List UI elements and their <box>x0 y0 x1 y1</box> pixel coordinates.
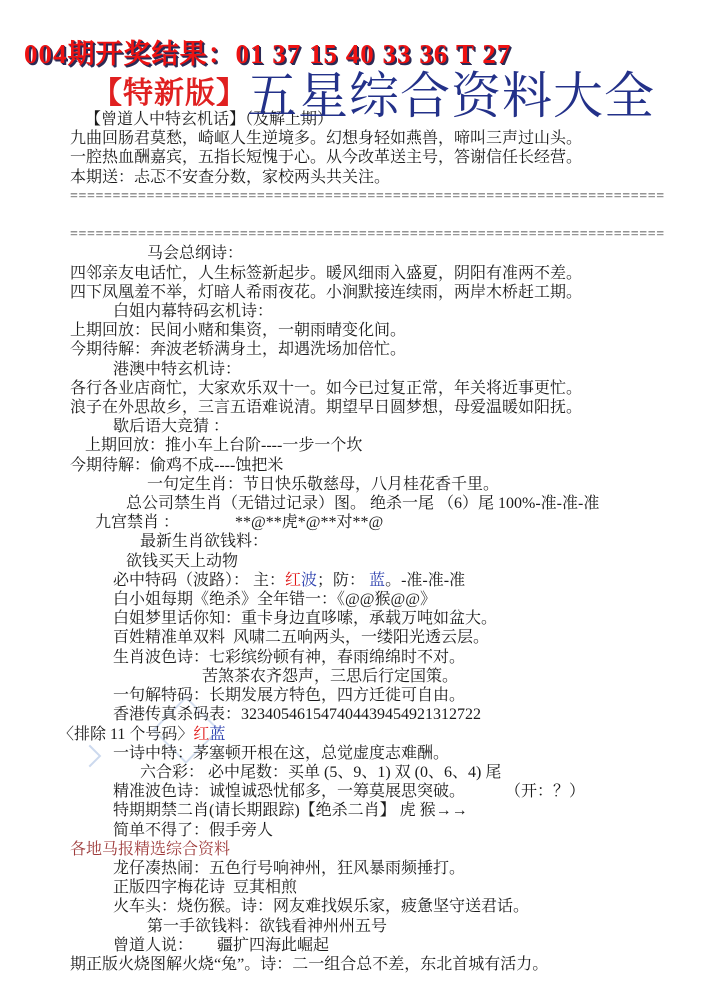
plain-text: 精准波色诗：诚惶诚恐忧郁多，一筹莫展思突破。 （开：？） <box>113 783 585 800</box>
text-line: 精准波色诗：诚惶诚恐忧郁多，一筹莫展思突破。 （开：？） <box>0 782 712 801</box>
plain-text: 本期送：忐忑不安查分数，家校两头共关注。 <box>70 169 390 186</box>
plain-text: 四下凤凰羞不举，灯暗人希雨夜花。小涧默接连续雨，两岸木桥赶工期。 <box>70 284 582 301</box>
plain-text: 〈排除 11 个号码〉 <box>58 726 193 743</box>
text-line: 歇后语大竞猜 ： <box>0 417 712 436</box>
text-line: 百姓精准单双料 风啸二五响两头，一缕阳光透云层。 <box>0 628 712 647</box>
text-line: 白小姐每期《绝杀》全年错一：《@@猴@@》 <box>0 590 712 609</box>
text-line: 浪子在外思故乡，三言五语难说清。期望早日圆梦想，母爱温暖如阳抚。 <box>0 398 712 417</box>
plain-text: 生肖波色诗：七彩缤纷顿有神，春雨绵绵时不对。 <box>113 649 465 666</box>
plain-text: ；防： <box>317 572 369 589</box>
text-line: 一诗中特：茅塞顿开根在这，总觉虚度志难酬。 <box>0 744 712 763</box>
text-line: 曾道人说： 疆扩四海此崛起 <box>0 936 712 955</box>
highlight-text: 波 <box>301 572 317 589</box>
plain-text: 港澳中特玄机诗： <box>113 361 241 378</box>
plain-text: 今期待解：偷鸡不成----蚀把米 <box>70 457 283 474</box>
highlight-text: 红 <box>285 572 301 589</box>
plain-text: 简单不得了：假手旁人 <box>113 822 273 839</box>
plain-text: 期正版火烧图解火烧“兔”。诗：二一组合总不差，东北首城有活力。 <box>70 956 548 973</box>
text-line: 最新生肖欲钱料： <box>0 532 712 551</box>
text-line: 各地马报精选综合资料 <box>0 840 712 859</box>
text-line: 一腔热血酬嘉宾，五指长短愧于心。从今改革送主号，答谢信任长经营。 <box>0 148 712 167</box>
draw-result-banner: 004期开奖结果：01 37 15 40 33 36 T 27 <box>24 32 511 71</box>
plain-text: 百姓精准单双料 风啸二五响两头，一缕阳光透云层。 <box>113 629 489 646</box>
plain-text: 九曲回肠君莫愁，崎岖人生逆境多。幻想身轻如燕兽，啼叫三声过山头。 <box>70 130 582 147</box>
text-line: 特期期禁二肖(请长期跟踪)【绝杀二肖】 虎 猴→→ <box>0 801 712 820</box>
plain-text: ========================================… <box>70 189 665 204</box>
plain-text: 一句定生肖：节日快乐敬慈母，八月桂花香千里。 <box>147 476 499 493</box>
plain-text: 曾道人说： 疆扩四海此崛起 <box>113 937 329 954</box>
text-line: 四下凤凰羞不举，灯暗人希雨夜花。小涧默接连续雨，两岸木桥赶工期。 <box>0 283 712 302</box>
text-line: 正版四字梅花诗 豆萁相煎 <box>0 878 712 897</box>
lottery-info-sheet: 004期开奖结果：01 37 15 40 33 36 T 27 【特新版】五星综… <box>0 0 712 1008</box>
plain-text: 白姐梦里话你知：重卡身边直哆嗦，承载万吨如盆大。 <box>113 610 497 627</box>
text-line: 第一手欲钱料：欲钱看神州州五号 <box>0 917 712 936</box>
plain-text: 一腔热血酬嘉宾，五指长短愧于心。从今改革送主号，答谢信任长经营。 <box>70 149 582 166</box>
plain-text: 欲钱买天上动物 <box>126 553 238 570</box>
plain-text: ========================================… <box>70 227 665 242</box>
text-line: 白姐内幕特码玄机诗： <box>0 302 712 321</box>
text-line: 白姐梦里话你知：重卡身边直哆嗦，承载万吨如盆大。 <box>0 609 712 628</box>
plain-text: 白姐内幕特码玄机诗： <box>113 303 273 320</box>
text-line: 今期待解：偷鸡不成----蚀把米 <box>0 456 712 475</box>
page-title: 五星综合资料大全 <box>247 68 655 124</box>
separator-line: ========================================… <box>0 225 712 244</box>
plain-text: 。-准-准-准 <box>385 572 465 589</box>
plain-text: 六合彩： 必中尾数：买单 (5、9、1) 双 (0、6、4) 尾 <box>140 764 501 781</box>
text-line: 必中特码（波路）： 主：红波；防： 蓝。-准-准-准 <box>0 571 712 590</box>
text-line: 今期待解：奔波老轿满身土，却遇洗场加倍忙。 <box>0 340 712 359</box>
plain-text: 苦煞茶农齐怨声，三思后行定国策。 <box>202 668 458 685</box>
text-line: 简单不得了：假手旁人 <box>0 821 712 840</box>
plain-text: 香港传真杀码表：323405461547404439454921312722 <box>113 706 481 723</box>
plain-text: 特期期禁二肖(请长期跟踪)【绝杀二肖】 虎 猴→→ <box>113 802 468 819</box>
plain-text: 白小姐每期《绝杀》全年错一：《@@猴@@》 <box>113 591 436 608</box>
text-line <box>0 206 712 225</box>
text-line: 一句解特码：长期发展方特色，四方迁徙可自由。 <box>0 686 712 705</box>
plain-text: 总公司禁生肖（无错过记录）图。 绝杀一尾 （6）尾 100%-准-准-准 <box>126 495 599 512</box>
plain-text: 正版四字梅花诗 豆萁相煎 <box>113 879 297 896</box>
text-line: 上期回放：推小车上台阶----一步一个坎 <box>0 436 712 455</box>
text-line: 火车头：烧伤猴。诗：网友难找娱乐家，疲惫坚守送君话。 <box>0 897 712 916</box>
plain-text: 上期回放：民间小赌和集资，一朝雨晴变化间。 <box>70 322 406 339</box>
separator-line: ========================================… <box>0 187 712 206</box>
text-line: 马会总纲诗： <box>0 244 712 263</box>
plain-text: 歇后语大竞猜 ： <box>113 418 229 435</box>
plain-text: 必中特码（波路）： 主： <box>113 572 285 589</box>
plain-text: 龙仔凑热闹：五色行号响神州，狂风暴雨频捶打。 <box>113 860 465 877</box>
highlight-text: 红 <box>193 726 209 743</box>
text-line: 港澳中特玄机诗： <box>0 360 712 379</box>
plain-text: 各行各业店商忙，大家欢乐双十一。如今已过复正常，年关将近事更忙。 <box>70 380 582 397</box>
text-line: 本期送：忐忑不安查分数，家校两头共关注。 <box>0 168 712 187</box>
plain-text: 上期回放：推小车上台阶----一步一个坎 <box>85 437 362 454</box>
text-line: 一句定生肖：节日快乐敬慈母，八月桂花香千里。 <box>0 475 712 494</box>
highlight-text: 蓝 <box>209 726 225 743</box>
plain-text: 浪子在外思故乡，三言五语难说清。期望早日圆梦想，母爱温暖如阳抚。 <box>70 399 582 416</box>
text-line: 〈排除 11 个号码〉红蓝 <box>0 725 712 744</box>
text-line: 期正版火烧图解火烧“兔”。诗：二一组合总不差，东北首城有活力。 <box>0 955 712 974</box>
text-line: 上期回放：民间小赌和集资，一朝雨晴变化间。 <box>0 321 712 340</box>
text-line: 总公司禁生肖（无错过记录）图。 绝杀一尾 （6）尾 100%-准-准-准 <box>0 494 712 513</box>
edition-tag: 【特新版】 <box>92 77 247 110</box>
plain-text: 一诗中特：茅塞顿开根在这，总觉虚度志难酬。 <box>113 745 449 762</box>
text-line: 生肖波色诗：七彩缤纷顿有神，春雨绵绵时不对。 <box>0 648 712 667</box>
plain-text: 火车头：烧伤猴。诗：网友难找娱乐家，疲惫坚守送君话。 <box>113 898 529 915</box>
plain-text: 马会总纲诗： <box>147 245 243 262</box>
plain-text: 第一手欲钱料：欲钱看神州州五号 <box>147 918 387 935</box>
text-line: 各行各业店商忙，大家欢乐双十一。如今已过复正常，年关将近事更忙。 <box>0 379 712 398</box>
text-line: 龙仔凑热闹：五色行号响神州，狂风暴雨频捶打。 <box>0 859 712 878</box>
text-line: 苦煞茶农齐怨声，三思后行定国策。 <box>0 667 712 686</box>
plain-text: 九宫禁肖 ： **@**虎*@**对**@ <box>95 514 383 531</box>
plain-text: 最新生肖欲钱料： <box>140 533 268 550</box>
text-line: 香港传真杀码表：323405461547404439454921312722 <box>0 705 712 724</box>
plain-text: 四邻亲友电话忙，人生标签新起步。暖风细雨入盛夏，阴阳有准两不差。 <box>70 265 582 282</box>
text-line: 九曲回肠君莫愁，崎岖人生逆境多。幻想身轻如燕兽，啼叫三声过山头。 <box>0 129 712 148</box>
highlight-text: 蓝 <box>369 572 385 589</box>
plain-text: 今期待解：奔波老轿满身土，却遇洗场加倍忙。 <box>70 341 406 358</box>
plain-text: 一句解特码：长期发展方特色，四方迁徙可自由。 <box>113 687 465 704</box>
highlight-text: 各地马报精选综合资料 <box>70 841 230 858</box>
text-line: 六合彩： 必中尾数：买单 (5、9、1) 双 (0、6、4) 尾 <box>0 763 712 782</box>
text-line: 欲钱买天上动物 <box>0 552 712 571</box>
content-lines: 【曾道人中特玄机话】（及解上期）九曲回肠君莫愁，崎岖人生逆境多。幻想身轻如燕兽，… <box>0 110 712 974</box>
text-line: 九宫禁肖 ： **@**虎*@**对**@ <box>0 513 712 532</box>
text-line: 四邻亲友电话忙，人生标签新起步。暖风细雨入盛夏，阴阳有准两不差。 <box>0 264 712 283</box>
